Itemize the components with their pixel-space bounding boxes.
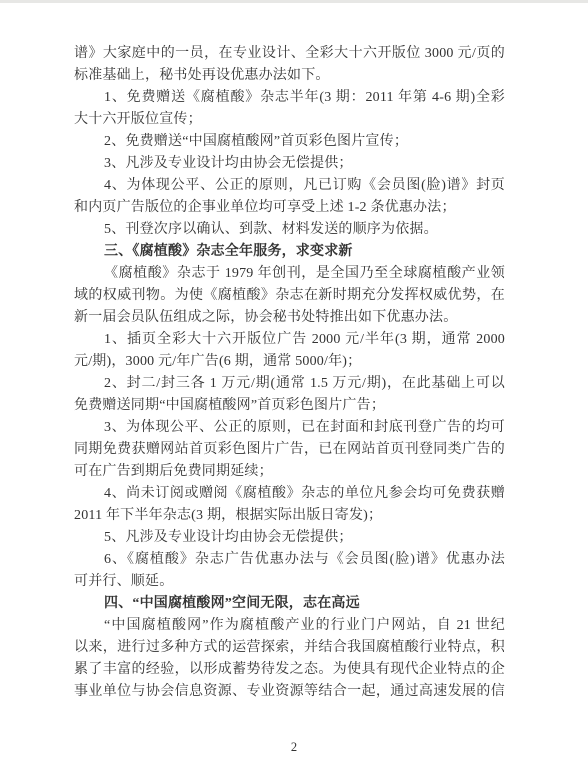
section-heading: 三、《腐植酸》杂志全年服务，求变求新 xyxy=(74,241,505,263)
document-body: 谱》大家庭中的一员，在专业设计、全彩大十六开版位 3000 元/页的 标准基础上… xyxy=(74,43,505,703)
list-item-line: 6、《腐植酸》杂志广告优惠办法与《会员图(脸)谱》优惠办法 xyxy=(74,549,505,571)
page-top-edge xyxy=(0,0,588,3)
text-line: 可在广告到期后免费同期延续； xyxy=(74,461,505,483)
text-line: 免费赠送同期“中国腐植酸网”首页彩色图片广告； xyxy=(74,395,505,417)
text-line: 累了丰富的经验，以形成蓄势待发之态。为使具有现代企业特点的企 xyxy=(74,659,505,681)
text-line: 域的权威刊物。为使《腐植酸》杂志在新时期充分发挥权威优势，在 xyxy=(74,285,505,307)
text-line: 元/期)，3000 元/年广告(6 期，通常 5000/年)； xyxy=(74,351,505,373)
list-item-line: 1、免费赠送《腐植酸》杂志半年(3 期：2011 年第 4-6 期)全彩 xyxy=(74,87,505,109)
list-item-line: 5、刊登次序以确认、到款、材料发送的顺序为依据。 xyxy=(74,219,505,241)
list-item-line: 3、凡涉及专业设计均由协会无偿提供； xyxy=(74,153,505,175)
text-line: 大十六开版位宣传； xyxy=(74,109,505,131)
text-line: 以来，进行过多种方式的运营探索，并结合我国腐植酸行业特点，积 xyxy=(74,637,505,659)
list-item-line: 4、为体现公平、公正的原则，凡已订购《会员图(脸)谱》封页 xyxy=(74,175,505,197)
text-line: 事业单位与协会信息资源、专业资源等结合一起，通过高速发展的信 xyxy=(74,681,505,703)
text-line: 和内页广告版位的企事业单位均可享受上述 1-2 条优惠办法； xyxy=(74,197,505,219)
text-line: 同期免费获赠网站首页彩色图片广告，已在网站首页刊登同类广告的 xyxy=(74,439,505,461)
text-line: 可并行、顺延。 xyxy=(74,571,505,593)
text-line: 谱》大家庭中的一员，在专业设计、全彩大十六开版位 3000 元/页的 xyxy=(74,43,505,65)
text-line: 标准基础上，秘书处再设优惠办法如下。 xyxy=(74,65,505,87)
list-item-line: 5、凡涉及专业设计均由协会无偿提供； xyxy=(74,527,505,549)
text-line: 2011 年下半年杂志(3 期，根据实际出版日寄发)； xyxy=(74,505,505,527)
text-line: “中国腐植酸网”作为腐植酸产业的行业门户网站，自 21 世纪 xyxy=(74,615,505,637)
page-number: 2 xyxy=(0,740,588,755)
text-line: 新一届会员队伍组成之际，协会秘书处特推出如下优惠办法。 xyxy=(74,307,505,329)
list-item-line: 4、尚未订阅或赠阅《腐植酸》杂志的单位凡参会均可免费获赠 xyxy=(74,483,505,505)
document-page: 谱》大家庭中的一员，在专业设计、全彩大十六开版位 3000 元/页的 标准基础上… xyxy=(0,0,588,760)
section-heading: 四、“中国腐植酸网”空间无限，志在高远 xyxy=(74,593,505,615)
list-item-line: 1、插页全彩大十六开版位广告 2000 元/半年(3 期，通常 2000 xyxy=(74,329,505,351)
list-item-line: 3、为体现公平、公正的原则，已在封面和封底刊登广告的均可 xyxy=(74,417,505,439)
text-line: 《腐植酸》杂志于 1979 年创刊，是全国乃至全球腐植酸产业领 xyxy=(74,263,505,285)
list-item-line: 2、免费赠送“中国腐植酸网”首页彩色图片宣传； xyxy=(74,131,505,153)
list-item-line: 2、封二/封三各 1 万元/期(通常 1.5 万元/期)，在此基础上可以 xyxy=(74,373,505,395)
